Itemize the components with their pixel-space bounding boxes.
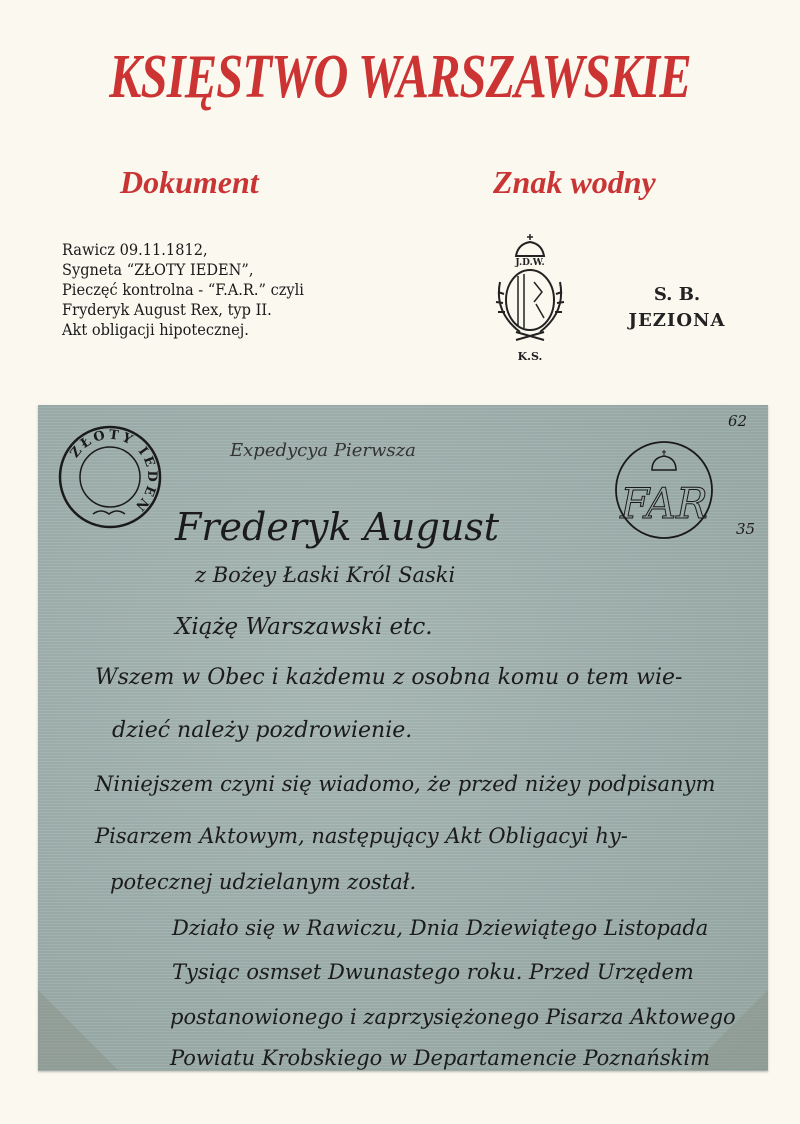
handwritten-mark: 35 — [736, 520, 755, 538]
manuscript-line: Tysiąc osmset Dwunastego roku. Przed Urz… — [172, 960, 694, 984]
watermark-heading: Znak wodny — [493, 164, 656, 201]
manuscript-line: Pisarzem Aktowym, następujący Akt Obliga… — [95, 824, 628, 848]
page-number: 62 — [728, 412, 747, 430]
manuscript-line: Xiążę Warszawski etc. — [175, 614, 433, 640]
watermark-line2: JEZIONA — [612, 308, 742, 334]
manuscript-line: potecznej udzielanym został. — [110, 870, 416, 894]
watermark-line1: S. B. — [612, 282, 742, 308]
manuscript-line: Frederyk August — [175, 505, 499, 549]
stamp-zloty-ieden-icon: ZŁOTY IEDEN — [55, 422, 165, 532]
svg-text:J.D.W.: J.D.W. — [514, 258, 544, 268]
stamp-far-icon: FAR — [616, 440, 726, 550]
document-description: Rawicz 09.11.1812, Sygneta “ZŁOTY IEDEN”… — [62, 240, 304, 340]
watermark-text: S. B. JEZIONA — [612, 282, 742, 334]
manuscript-line: z Bożey Łaski Król Saski — [195, 563, 455, 587]
description-line: Fryderyk August Rex, typ II. — [62, 300, 304, 320]
manuscript-line: Wszem w Obec i każdemu z osobna komu o t… — [95, 665, 682, 690]
watermark-emblem-icon: J.D.W. K.S. — [490, 232, 570, 372]
document-heading: Dokument — [120, 164, 259, 201]
mount-corner — [38, 990, 118, 1070]
description-line: Akt obligacji hipotecznej. — [62, 320, 304, 340]
svg-text:FAR: FAR — [619, 479, 707, 528]
manuscript-line: dzieć należy pozdrowienie. — [112, 718, 412, 743]
manuscript-line: postanowionego i zaprzysiężonego Pisarza… — [170, 1005, 736, 1029]
svg-text:K.S.: K.S. — [518, 350, 543, 363]
manuscript-line: Powiatu Krobskiego w Departamencie Pozna… — [170, 1046, 710, 1070]
page-title: KSIĘSTWO WARSZAWSKIE — [88, 42, 712, 113]
manuscript-line: Działo się w Rawiczu, Dnia Dziewiątego L… — [172, 916, 708, 940]
manuscript-line: Niniejszem czyni się wiadomo, że przed n… — [95, 772, 715, 796]
description-line: Pieczęć kontrolna - “F.A.R.” czyli — [62, 280, 304, 300]
manuscript-line: Expedycya Pierwsza — [230, 440, 416, 461]
description-line: Rawicz 09.11.1812, — [62, 240, 304, 260]
description-line: Sygneta “ZŁOTY IEDEN”, — [62, 260, 304, 280]
